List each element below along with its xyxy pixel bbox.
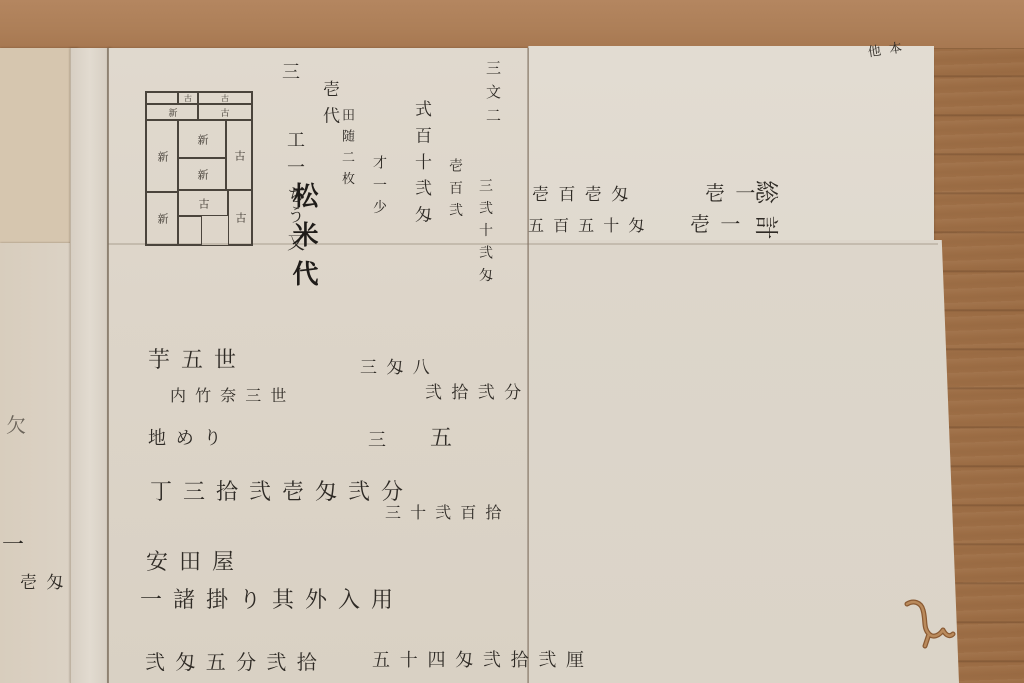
text-line: 五 十 四 匁 弐 拾 弐 厘 (372, 652, 586, 670)
floorplan-cell (178, 216, 202, 245)
text-mark: 壱 匁 (20, 575, 65, 592)
text-column: 三 (280, 62, 298, 82)
floorplan-cell: 古 (178, 92, 198, 104)
text-line: 三 匁 八 (360, 360, 432, 377)
floorplan-cell (146, 92, 178, 104)
binding-edge (107, 48, 109, 683)
right-sheet-lower (528, 240, 959, 683)
text-column: 式 百 十 弐 匁 (412, 100, 429, 225)
left-sheet (0, 243, 78, 683)
text-line: 三 (368, 432, 388, 450)
floorplan-cell: 古 (198, 92, 252, 104)
floorplan-sketch: 古 古 新 古 新 新 古 新 新 古 古 (145, 91, 253, 246)
fold-strip (70, 48, 111, 683)
text-line: 五 (430, 428, 454, 450)
text-line: 安 田 屋 (146, 552, 236, 574)
floorplan-cell: 古 (178, 190, 228, 216)
text-line: 壱 一 (705, 183, 757, 203)
text-mark: 欠 (6, 415, 28, 435)
text-line: 弐 匁 五 分 弐 拾 (145, 652, 319, 672)
floorplan-cell: 古 (226, 120, 252, 190)
text-line: 丁 三 拾 弐 壱 匁 弐 分 (150, 482, 405, 504)
floorplan-cell: 新 (178, 120, 226, 158)
text-line: 三 十 弐 百 拾 (385, 505, 503, 521)
left-sheet-upper (0, 48, 78, 243)
text-column: 壱 代 (320, 80, 337, 125)
text-line: 一 諸 掛 り 其 外 入 用 (140, 590, 395, 612)
text-column: 松 米 代 (290, 182, 316, 288)
text-line: 総 計 (754, 180, 778, 242)
floorplan-cell: 古 (198, 104, 252, 120)
wooden-board-top (0, 0, 1024, 49)
text-line: 壱 一 (690, 214, 742, 234)
floorplan-cell: 新 (178, 158, 226, 190)
text-line: 壱 百 壱 匁 (532, 187, 630, 204)
text-line: 内 竹 奈 三 世 (170, 388, 288, 404)
floorplan-cell: 新 (146, 120, 178, 192)
text-line: 地 め り (148, 430, 223, 448)
text-column: 三 文 二 (485, 60, 500, 125)
text-column: 三 弐 十 弐 匁 (478, 178, 492, 284)
text-column: 田 随 二 枚 (340, 108, 353, 186)
floorplan-cell: 新 (146, 104, 198, 120)
text-column: 才 一 少 (372, 155, 386, 216)
floorplan-cell: 古 (228, 190, 252, 245)
vertical-fold-line (527, 48, 529, 683)
insect-damage-hole (903, 598, 959, 650)
text-mark: 一 (2, 535, 26, 557)
text-column: 壱 百 弐 (448, 158, 462, 219)
floorplan-cell: 新 (146, 192, 178, 245)
text-line: 五 百 五 十 匁 (528, 218, 646, 234)
text-line: 芋 五 世 (148, 350, 238, 372)
text-line: 弐 拾 弐 分 (425, 385, 523, 402)
